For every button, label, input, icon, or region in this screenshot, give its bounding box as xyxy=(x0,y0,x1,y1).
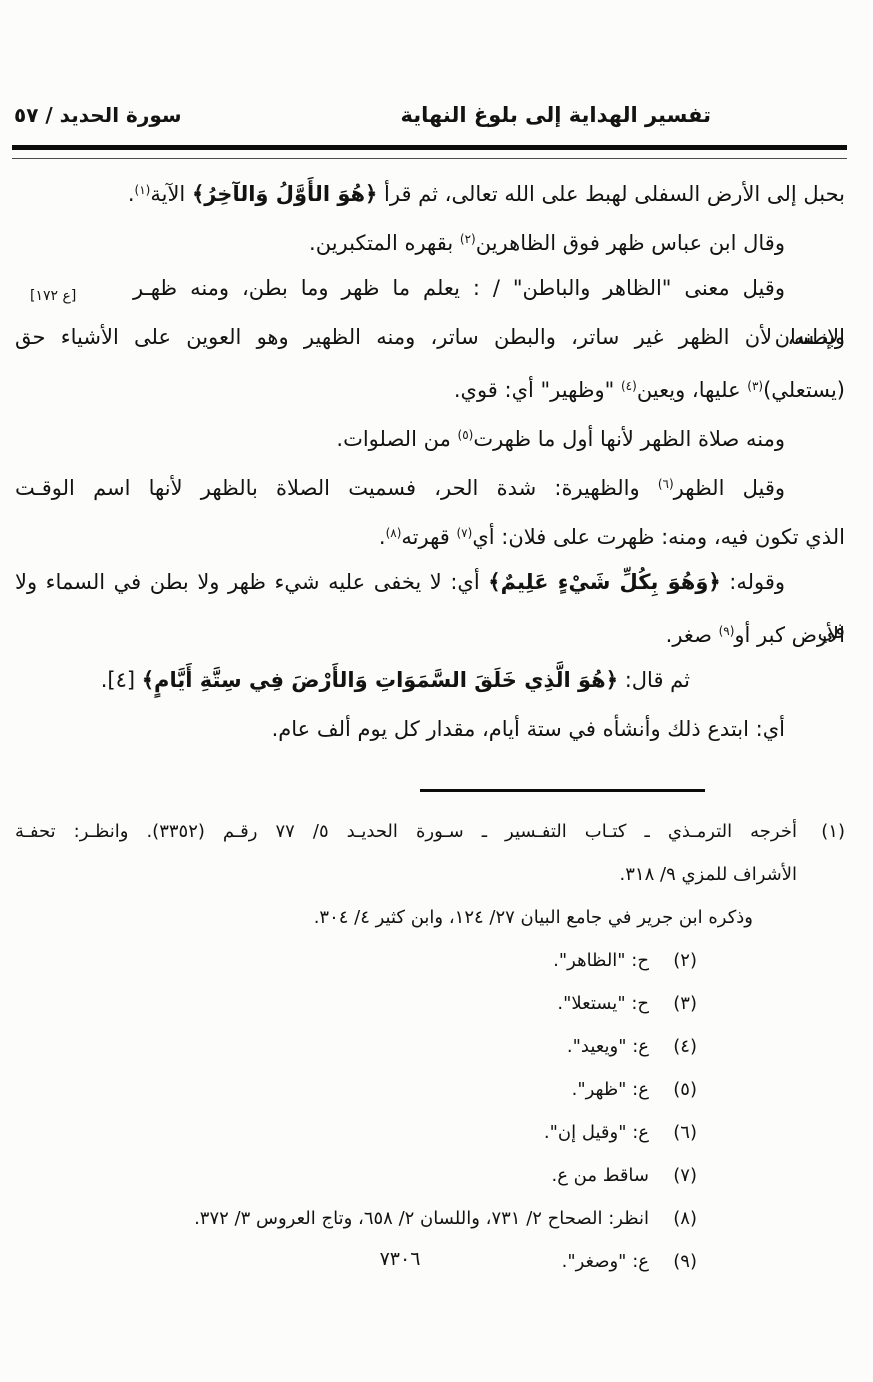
body-line: وبطنه، لأن الظهر غير ساتر، والبطن ساتر، … xyxy=(15,313,845,362)
quran-verse: ﴿هُوَ الَّذِي خَلَقَ السَّمَوَاتِ وَالأَ… xyxy=(142,668,618,692)
text-run: وقوله: xyxy=(721,570,785,594)
page-number: ٧٣٠٦ xyxy=(300,1248,500,1270)
footnote-row: (٥) ع: "ظهر". xyxy=(15,1068,697,1111)
footnote-number: (٧) xyxy=(649,1154,697,1197)
footnote-text: ح: "الظاهر". xyxy=(15,939,649,982)
footnote-row: الأشراف للمزي ٩/ ٣١٨. xyxy=(15,853,797,896)
footnote-number: (٣) xyxy=(649,982,697,1025)
text-run: من الصلوات. xyxy=(336,427,457,451)
text-run: ثم قال: xyxy=(618,668,690,692)
text-run: (يستعلي) xyxy=(763,378,845,402)
footnote-number: (٨) xyxy=(649,1197,697,1240)
footnote-ref-marker: (٤) xyxy=(621,379,637,393)
text-run: . xyxy=(379,525,386,549)
footnote-text: ع: "ظهر". xyxy=(15,1068,649,1111)
header-book-title: تفسير الهداية إلى بلوغ النهاية xyxy=(401,103,711,127)
footnote-number: (٩) xyxy=(649,1240,697,1283)
footnote-row: وذكره ابن جرير في جامع البيان ٢٧/ ١٢٤، و… xyxy=(15,896,753,939)
header-surah-page-ref: سورة الحديد / ٥٧ xyxy=(14,103,182,127)
book-page: تفسير الهداية إلى بلوغ النهاية سورة الحد… xyxy=(0,0,873,1382)
body-line: الذي تكون فيه، ومنه: ظهرت على فلان: أي(٧… xyxy=(15,509,845,558)
body-line: وقيل الظهر(٦) والظهيرة: شدة الحر، فسميت … xyxy=(15,460,845,509)
body-line: بحبل إلى الأرض السفلى لهبط على الله تعال… xyxy=(15,166,845,215)
footnote-row: (٣) ح: "يستعلا". xyxy=(15,982,697,1025)
footnote-number: (٥) xyxy=(649,1068,697,1111)
footnote-ref-marker: (٦) xyxy=(658,477,674,491)
header-rule xyxy=(12,145,847,159)
text-run: وقيل الظهر xyxy=(674,476,785,500)
text-run: [٤]. xyxy=(101,668,142,692)
body-line: ثم قال: ﴿هُوَ الَّذِي خَلَقَ السَّمَوَات… xyxy=(15,656,845,705)
text-run: عليها، ويعين xyxy=(637,378,747,402)
footnote-text: ح: "يستعلا". xyxy=(15,982,649,1025)
footnote-text: الأشراف للمزي ٩/ ٣١٨. xyxy=(15,853,797,896)
text-run: وبطنه، لأن الظهر غير ساتر، والبطن ساتر، … xyxy=(15,325,845,349)
footnote-ref-marker: (٩) xyxy=(719,624,735,638)
footnote-text: انظر: الصحاح ٢/ ٧٣١، واللسان ٢/ ٦٥٨، وتا… xyxy=(15,1197,649,1240)
footnote-text: ع: "وقيل إن". xyxy=(15,1111,649,1154)
footnote-text: ساقط من ع. xyxy=(15,1154,649,1197)
footnote-ref-marker: (٥) xyxy=(458,428,474,442)
quran-verse: ﴿وَهُوَ بِكُلِّ شَيْءٍ عَلِيمٌ﴾ xyxy=(488,570,720,594)
footnote-number: (١) xyxy=(797,810,845,853)
footnote-text: وذكره ابن جرير في جامع البيان ٢٧/ ١٢٤، و… xyxy=(15,896,753,939)
text-run: بحبل إلى الأرض السفلى لهبط على الله تعال… xyxy=(377,182,845,206)
body-line: ومنه صلاة الظهر لأنها أول ما ظهرت(٥) من … xyxy=(15,411,845,460)
footnote-row: (٨) انظر: الصحاح ٢/ ٧٣١، واللسان ٢/ ٦٥٨،… xyxy=(15,1197,697,1240)
body-line: وقيل معنى "الظاهر والباطن" / : يعلم ما ظ… xyxy=(15,264,845,313)
footnote-number: (٤) xyxy=(649,1025,697,1068)
text-run: أي: ابتدع ذلك وأنشأه في ستة أيام، مقدار … xyxy=(272,717,785,741)
quran-verse: ﴿هُوَ الأَوَّلُ وَالآخِرُ﴾ xyxy=(192,182,377,206)
body-line: وقال ابن عباس ظهر فوق الظاهرين(٢) بقهره … xyxy=(15,215,845,264)
text-run: وقال ابن عباس ظهر فوق الظاهرين xyxy=(476,231,785,255)
footnote-ref-marker: (٨) xyxy=(386,526,402,540)
text-run: الذي تكون فيه، ومنه: ظهرت على فلان: أي xyxy=(472,525,845,549)
footnote-text: أخرجه الترمـذي ـ كتـاب التفـسير ـ سـورة … xyxy=(15,810,797,853)
footnote-row: (١) أخرجه الترمـذي ـ كتـاب التفـسير ـ سـ… xyxy=(15,810,845,853)
footnotes-separator xyxy=(420,789,705,792)
text-run: بقهره المتكبرين. xyxy=(309,231,460,255)
footnote-ref-marker: (١) xyxy=(135,183,151,197)
body-line: وقوله: ﴿وَهُوَ بِكُلِّ شَيْءٍ عَلِيمٌ﴾ أ… xyxy=(15,558,845,607)
footnote-ref-marker: (٧) xyxy=(456,526,472,540)
footnote-text: ع: "ويعيد". xyxy=(15,1025,649,1068)
body-text-block: بحبل إلى الأرض السفلى لهبط على الله تعال… xyxy=(15,166,845,754)
text-run: ومنه صلاة الظهر لأنها أول ما ظهرت xyxy=(473,427,785,451)
footnote-row: (٧) ساقط من ع. xyxy=(15,1154,697,1197)
text-run: . xyxy=(128,182,135,206)
body-line: (يستعلي)(٣) عليها، ويعين(٤) "وظهير" أي: … xyxy=(15,362,845,411)
footnote-number: (٦) xyxy=(649,1111,697,1154)
footnote-ref-marker: (٣) xyxy=(747,379,763,393)
footnote-ref-marker: (٢) xyxy=(460,232,476,246)
footnote-row: (٦) ع: "وقيل إن". xyxy=(15,1111,697,1154)
footnotes-block: (١) أخرجه الترمـذي ـ كتـاب التفـسير ـ سـ… xyxy=(15,810,845,1283)
body-line: أي: ابتدع ذلك وأنشأه في ستة أيام، مقدار … xyxy=(15,705,845,754)
footnote-row: (٤) ع: "ويعيد". xyxy=(15,1025,697,1068)
text-run: "وظهير" أي: قوي. xyxy=(454,378,621,402)
footnote-number: (٢) xyxy=(649,939,697,982)
text-run: صغر. xyxy=(666,623,719,647)
text-run: والظهيرة: شدة الحر، فسميت الصلاة بالظهر … xyxy=(15,476,658,500)
footnote-row: (٢) ح: "الظاهر". xyxy=(15,939,697,982)
text-run: الأرض كبر أو xyxy=(734,623,845,647)
body-line: الأرض كبر أو(٩) صغر. xyxy=(15,607,845,656)
text-run: الآية xyxy=(150,182,192,206)
text-run: قهرته xyxy=(401,525,456,549)
